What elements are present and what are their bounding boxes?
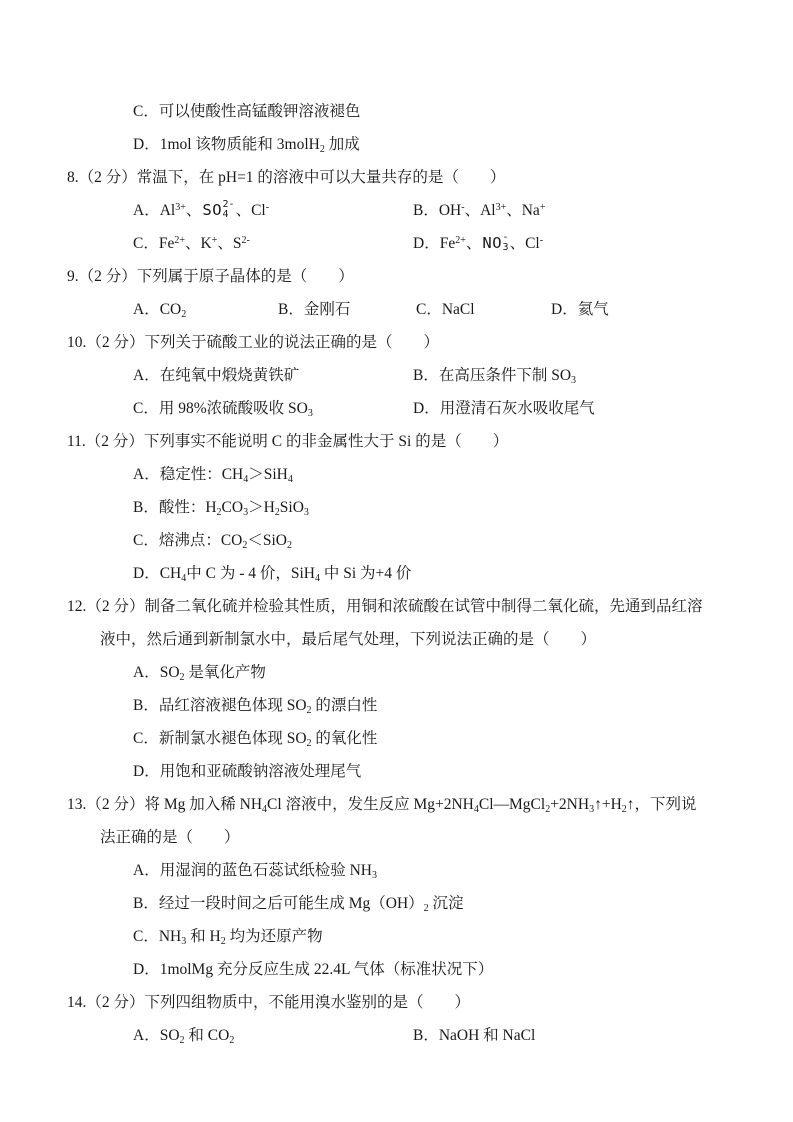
options-group: A．SO2 是氧化产物 B．品红溶液褪色体现 SO2 的漂白性 C．新制氯水褪色… xyxy=(100,656,704,788)
exam-page-content: C．可以使酸性高锰酸钾溶液褪色 D．1mol 该物质能和 3molH2 加成 8… xyxy=(100,95,704,1052)
option-12-b: B．品红溶液褪色体现 SO2 的漂白性 xyxy=(100,689,704,722)
question-stem: 8.（2 分）常温下，在 pH=1 的溶液中可以大量共存的是（ ） xyxy=(100,161,704,194)
question-12: 12.（2 分）制备二氧化硫并检验其性质，用铜和浓硫酸在试管中制得二氧化硫，先通… xyxy=(100,590,704,788)
question-8: 8.（2 分）常温下，在 pH=1 的溶液中可以大量共存的是（ ） A．Al3+… xyxy=(100,161,704,260)
option-14-b: B．NaOH 和 NaCl xyxy=(413,1019,704,1052)
option-9-b: B．金刚石 xyxy=(278,293,416,326)
option-13-a: A．用湿润的蓝色石蕊试纸检验 NH3 xyxy=(100,854,704,887)
question-stem: 10.（2 分）下列关于硫酸工业的说法正确的是（ ） xyxy=(100,326,704,359)
option-9-d: D．氦气 xyxy=(551,293,704,326)
option-11-a: A．稳定性：CH4＞SiH4 xyxy=(100,458,704,491)
option-9-a: A．CO2 xyxy=(133,293,278,326)
option-8-a: A．Al3+、SO2-4、Cl- xyxy=(133,194,413,227)
question-11: 11.（2 分）下列事实不能说明 C 的非金属性大于 Si 的是（ ） A．稳定… xyxy=(100,425,704,590)
options-group: A．在纯氧中煅烧黄铁矿 B．在高压条件下制 SO3 C．用 98%浓硫酸吸收 S… xyxy=(100,359,704,425)
question-10: 10.（2 分）下列关于硫酸工业的说法正确的是（ ） A．在纯氧中煅烧黄铁矿 B… xyxy=(100,326,704,425)
question-7-partial: C．可以使酸性高锰酸钾溶液褪色 D．1mol 该物质能和 3molH2 加成 xyxy=(100,95,704,161)
option-7-d: D．1mol 该物质能和 3molH2 加成 xyxy=(100,128,704,161)
option-10-a: A．在纯氧中煅烧黄铁矿 xyxy=(133,359,413,392)
option-13-d: D．1molMg 充分反应生成 22.4L 气体（标准状况下） xyxy=(100,953,704,986)
option-8-c: C．Fe2+、K+、S2- xyxy=(133,227,413,260)
options-group: A．用湿润的蓝色石蕊试纸检验 NH3 B．经过一段时间之后可能生成 Mg（OH）… xyxy=(100,854,704,986)
question-9: 9.（2 分）下列属于原子晶体的是（ ） A．CO2 B．金刚石 C．NaCl … xyxy=(100,260,704,326)
question-13: 13.（2 分）将 Mg 加入稀 NH4Cl 溶液中，发生反应 Mg+2NH4C… xyxy=(100,788,704,986)
options-group: A．Al3+、SO2-4、Cl- B．OH-、Al3+、Na+ C．Fe2+、K… xyxy=(100,194,704,260)
question-stem: 12.（2 分）制备二氧化硫并检验其性质，用铜和浓硫酸在试管中制得二氧化硫，先通… xyxy=(100,590,704,656)
option-11-c: C．熔沸点：CO2＜SiO2 xyxy=(100,524,704,557)
option-11-d: D．CH4中 C 为 - 4 价，SiH4 中 Si 为+4 价 xyxy=(100,557,704,590)
question-stem: 13.（2 分）将 Mg 加入稀 NH4Cl 溶液中，发生反应 Mg+2NH4C… xyxy=(100,788,704,854)
option-10-c: C．用 98%浓硫酸吸收 SO3 xyxy=(133,392,413,425)
option-7-c: C．可以使酸性高锰酸钾溶液褪色 xyxy=(100,95,704,128)
option-12-c: C．新制氯水褪色体现 SO2 的氧化性 xyxy=(100,722,704,755)
option-10-b: B．在高压条件下制 SO3 xyxy=(413,359,704,392)
question-14: 14.（2 分）下列四组物质中，不能用溴水鉴别的是（ ） A．SO2 和 CO2… xyxy=(100,986,704,1052)
question-stem: 11.（2 分）下列事实不能说明 C 的非金属性大于 Si 的是（ ） xyxy=(100,425,704,458)
option-8-d: D．Fe2+、NO-3、Cl- xyxy=(413,227,704,260)
stacked-ion-formula: NO-3 xyxy=(482,227,508,260)
option-13-b: B．经过一段时间之后可能生成 Mg（OH）2 沉淀 xyxy=(100,887,704,920)
option-14-a: A．SO2 和 CO2 xyxy=(133,1019,413,1052)
option-10-d: D．用澄清石灰水吸收尾气 xyxy=(413,392,704,425)
options-group: A．SO2 和 CO2 B．NaOH 和 NaCl xyxy=(100,1019,704,1052)
options-group: A．稳定性：CH4＞SiH4 B．酸性：H2CO3＞H2SiO3 C．熔沸点：C… xyxy=(100,458,704,590)
options-group: A．CO2 B．金刚石 C．NaCl D．氦气 xyxy=(100,293,704,326)
option-12-a: A．SO2 是氧化产物 xyxy=(100,656,704,689)
option-8-b: B．OH-、Al3+、Na+ xyxy=(413,194,704,227)
option-9-c: C．NaCl xyxy=(416,293,551,326)
question-stem: 9.（2 分）下列属于原子晶体的是（ ） xyxy=(100,260,704,293)
stacked-ion-formula: SO2-4 xyxy=(202,194,234,227)
question-stem: 14.（2 分）下列四组物质中，不能用溴水鉴别的是（ ） xyxy=(100,986,704,1019)
option-13-c: C．NH3 和 H2 均为还原产物 xyxy=(100,920,704,953)
option-12-d: D．用饱和亚硫酸钠溶液处理尾气 xyxy=(100,755,704,788)
option-11-b: B．酸性：H2CO3＞H2SiO3 xyxy=(100,491,704,524)
